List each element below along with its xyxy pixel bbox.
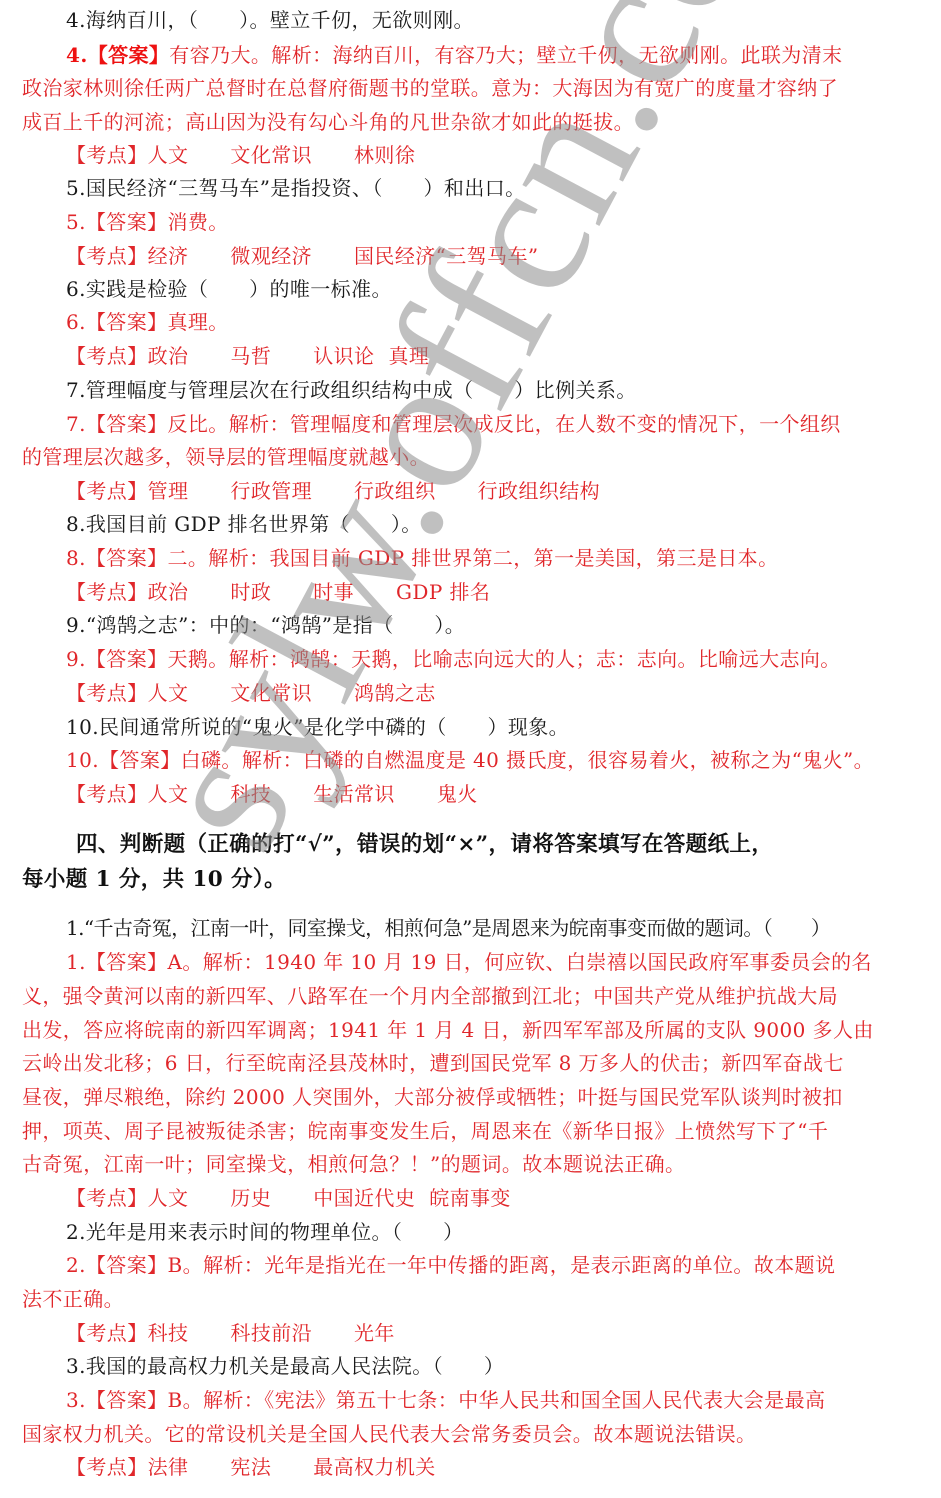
answer-number: 6. xyxy=(66,310,86,334)
kaodian-item: 鸿鹄之志 xyxy=(354,681,436,705)
answer-number: 7. xyxy=(66,412,86,436)
kaodian-item: 行政管理 xyxy=(230,479,312,503)
kaodian-item: 科技前沿 xyxy=(230,1321,312,1345)
answer-text: 消费。 xyxy=(168,210,229,234)
kaodian-10: 【考点】人文科技生活常识鬼火 xyxy=(0,777,941,811)
answer-number: 10. xyxy=(66,748,99,772)
kaodian-tag: 【考点】 xyxy=(66,339,148,373)
answer-text: B。解析：《宪法》第五十七条：中华人民共和国全国人民代表大会是最高 xyxy=(168,1388,826,1412)
kaodian-item: 鬼火 xyxy=(437,782,478,806)
kaodian-item: 马哲 xyxy=(230,344,271,368)
kaodian-item: 皖南事变 xyxy=(429,1186,511,1210)
judge-answer-1-line-2: 义，强令黄河以南的新四军、八路军在一个月内全部撤到江北；中国共产党从维护抗战大局 xyxy=(0,979,941,1013)
kaodian-tag: 【考点】 xyxy=(66,138,148,172)
judge-question-2: 2.光年是用来表示时间的物理单位。（ ） xyxy=(0,1215,941,1249)
kaodian-item: 认识论 xyxy=(313,344,374,368)
answer-9-line-1: 9.【答案】天鹅。解析：鸿鹄：天鹅，比喻志向远大的人；志：志向。比喻远大志向。 xyxy=(0,642,941,676)
answer-tag: 【答案】 xyxy=(88,43,170,67)
judge-question-1: 1.“千古奇冤，江南一叶，同室操戈，相煎何急”是周恩来为皖南事变而做的题词。（ … xyxy=(0,911,941,945)
kaodian-item: 行政组织结构 xyxy=(478,479,600,503)
kaodian-item: 林则徐 xyxy=(354,143,415,167)
judge-kaodian-3: 【考点】法律宪法最高权力机关 xyxy=(0,1450,941,1484)
kaodian-item: 微观经济 xyxy=(230,244,312,268)
kaodian-8: 【考点】政治时政时事GDP 排名 xyxy=(0,575,941,609)
kaodian-item: 行政组织 xyxy=(354,479,436,503)
kaodian-7: 【考点】管理行政管理行政组织行政组织结构 xyxy=(0,474,941,508)
question-8: 8.我国目前 GDP 排名世界第（ ）。 xyxy=(0,507,941,541)
kaodian-item: 宪法 xyxy=(230,1455,271,1479)
kaodian-item: 政治 xyxy=(148,344,189,368)
kaodian-item: 政治 xyxy=(148,580,189,604)
answer-7-line-1: 7.【答案】反比。解析：管理幅度和管理层次成反比，在人数不变的情况下，一个组织 xyxy=(0,407,941,441)
kaodian-item: 科技 xyxy=(148,1321,189,1345)
answer-tag: 【答案】 xyxy=(86,546,168,570)
answer-7-line-2: 的管理层次越多，领导层的管理幅度就越小。 xyxy=(0,440,941,474)
answer-4-line-1: 4.【答案】有容乃大。解析：海纳百川，有容乃大；壁立千仞，无欲则刚。此联为清末 xyxy=(0,38,941,72)
kaodian-item: 最高权力机关 xyxy=(313,1455,435,1479)
answer-text: A。解析：1940 年 10 月 19 日，何应钦、白崇禧以国民政府军事委员会的… xyxy=(168,950,872,974)
answer-text: 反比。解析：管理幅度和管理层次成反比，在人数不变的情况下，一个组织 xyxy=(168,412,841,436)
answer-number: 2. xyxy=(66,1253,86,1277)
kaodian-tag: 【考点】 xyxy=(66,1450,148,1484)
answer-tag: 【答案】 xyxy=(86,950,168,974)
judge-answer-1-line-6: 押，项英、周子昆被叛徒杀害；皖南事变发生后，周恩来在《新华日报》上愤然写下了“千 xyxy=(0,1114,941,1148)
kaodian-item: 文化常识 xyxy=(230,681,312,705)
answer-tag: 【答案】 xyxy=(86,1253,168,1277)
answer-tag: 【答案】 xyxy=(86,1388,168,1412)
kaodian-9: 【考点】人文文化常识鸿鹄之志 xyxy=(0,676,941,710)
answer-4-line-3: 成百上千的河流；高山因为没有勾心斗角的凡世杂欲才如此的挺拔。 xyxy=(0,105,941,139)
kaodian-item: 历史 xyxy=(230,1186,271,1210)
judge-answer-3-line-2: 国家权力机关。它的常设机关是全国人民代表大会常务委员会。故本题说法错误。 xyxy=(0,1417,941,1451)
kaodian-item: 文化常识 xyxy=(230,143,312,167)
judge-answer-1-line-5: 昼夜，弹尽粮绝，除约 2000 人突围外，大部分被俘或牺牲；叶挺与国民党军队谈判… xyxy=(0,1080,941,1114)
section-heading-line-2: 每小题 1 分，共 10 分）。 xyxy=(0,863,941,897)
judge-answer-1-line-1: 1.【答案】A。解析：1940 年 10 月 19 日，何应钦、白崇禧以国民政府… xyxy=(0,945,941,979)
answer-text: 白磷。解析：白磷的自燃温度是 40 摄氏度，很容易着火，被称之为“鬼火”。 xyxy=(181,748,874,772)
answer-text: 真理。 xyxy=(168,310,229,334)
judge-kaodian-2: 【考点】科技科技前沿光年 xyxy=(0,1316,941,1350)
kaodian-tag: 【考点】 xyxy=(66,777,148,811)
answer-number: 4. xyxy=(66,43,88,67)
kaodian-5: 【考点】经济微观经济国民经济“三驾马车” xyxy=(0,239,941,273)
answer-tag: 【答案】 xyxy=(86,412,168,436)
kaodian-item: 人文 xyxy=(148,143,189,167)
answer-4-line-2: 政治家林则徐任两广总督时在总督府衙题书的堂联。意为：大海因为有宽广的度量才容纳了 xyxy=(0,71,941,105)
answer-tag: 【答案】 xyxy=(86,647,168,671)
question-7: 7.管理幅度与管理层次在行政组织结构中成（ ）比例关系。 xyxy=(0,373,941,407)
judge-answer-3-line-1: 3.【答案】B。解析：《宪法》第五十七条：中华人民共和国全国人民代表大会是最高 xyxy=(0,1383,941,1417)
kaodian-item: 法律 xyxy=(148,1455,189,1479)
question-4: 4.海纳百川，（ ）。壁立千仞，无欲则刚。 xyxy=(0,3,941,37)
kaodian-item: 人文 xyxy=(148,681,189,705)
kaodian-tag: 【考点】 xyxy=(66,1316,148,1350)
answer-tag: 【答案】 xyxy=(99,748,181,772)
kaodian-4: 【考点】人文文化常识林则徐 xyxy=(0,138,941,172)
kaodian-tag: 【考点】 xyxy=(66,575,148,609)
kaodian-item: 中国近代史 xyxy=(313,1186,415,1210)
judge-answer-1-line-3: 出发，答应将皖南的新四军调离；1941 年 1 月 4 日，新四军军部及所属的支… xyxy=(0,1013,941,1047)
answer-text: B。解析：光年是指光在一年中传播的距离，是表示距离的单位。故本题说 xyxy=(168,1253,836,1277)
kaodian-item: 真理 xyxy=(388,344,429,368)
kaodian-item: 人文 xyxy=(148,1186,189,1210)
answer-text: 二。解析：我国目前 GDP 排世界第二，第一是美国，第三是日本。 xyxy=(168,546,779,570)
answer-text: 天鹅。解析：鸿鹄：天鹅，比喻志向远大的人；志：志向。比喻远大志向。 xyxy=(168,647,841,671)
judge-kaodian-1: 【考点】人文历史中国近代史皖南事变 xyxy=(0,1181,941,1215)
kaodian-item: 时事 xyxy=(313,580,354,604)
document-page: 4.海纳百川，（ ）。壁立千仞，无欲则刚。 4.【答案】有容乃大。解析：海纳百川… xyxy=(0,0,941,1498)
answer-8-line-1: 8.【答案】二。解析：我国目前 GDP 排世界第二，第一是美国，第三是日本。 xyxy=(0,541,941,575)
judge-answer-1-line-7: 古奇冤，江南一叶；同室操戈，相煎何急？！”的题词。故本题说法正确。 xyxy=(0,1147,941,1181)
section-heading-line-1: 四、判断题（正确的打“√”，错误的划“×”，请将答案填写在答题纸上， xyxy=(0,828,941,862)
answer-6-line-1: 6.【答案】真理。 xyxy=(0,305,941,339)
judge-question-3: 3.我国的最高权力机关是最高人民法院。（ ） xyxy=(0,1349,941,1383)
kaodian-item: 人文 xyxy=(148,782,189,806)
answer-tag: 【答案】 xyxy=(86,310,168,334)
question-9: 9.“鸿鹄之志”：中的：“鸿鹄”是指（ ）。 xyxy=(0,608,941,642)
answer-number: 5. xyxy=(66,210,86,234)
answer-number: 1. xyxy=(66,950,86,974)
question-10: 10.民间通常所说的“鬼火”是化学中磷的（ ）现象。 xyxy=(0,710,941,744)
kaodian-item: 光年 xyxy=(354,1321,395,1345)
question-6: 6.实践是检验（ ）的唯一标准。 xyxy=(0,272,941,306)
kaodian-6: 【考点】政治马哲认识论真理 xyxy=(0,339,941,373)
judge-answer-2-line-1: 2.【答案】B。解析：光年是指光在一年中传播的距离，是表示距离的单位。故本题说 xyxy=(0,1248,941,1282)
answer-number: 3. xyxy=(66,1388,86,1412)
answer-number: 8. xyxy=(66,546,86,570)
kaodian-tag: 【考点】 xyxy=(66,1181,148,1215)
kaodian-item: GDP 排名 xyxy=(396,580,490,604)
answer-number: 9. xyxy=(66,647,86,671)
judge-answer-2-line-2: 法不正确。 xyxy=(0,1282,941,1316)
answer-tag: 【答案】 xyxy=(86,210,168,234)
judge-answer-1-line-4: 云岭出发北移；6 日，行至皖南泾县茂林时，遭到国民党军 8 万多人的伏击；新四军… xyxy=(0,1046,941,1080)
kaodian-tag: 【考点】 xyxy=(66,239,148,273)
answer-10-line-1: 10.【答案】白磷。解析：白磷的自燃温度是 40 摄氏度，很容易着火，被称之为“… xyxy=(0,743,941,777)
answer-text: 有容乃大。解析：海纳百川，有容乃大；壁立千仞，无欲则刚。此联为清末 xyxy=(169,43,842,67)
kaodian-item: 国民经济“三驾马车” xyxy=(354,244,538,268)
kaodian-tag: 【考点】 xyxy=(66,676,148,710)
kaodian-item: 经济 xyxy=(148,244,189,268)
kaodian-item: 管理 xyxy=(148,479,189,503)
question-5: 5.国民经济“三驾马车”是指投资、（ ）和出口。 xyxy=(0,171,941,205)
answer-5-line-1: 5.【答案】消费。 xyxy=(0,205,941,239)
kaodian-tag: 【考点】 xyxy=(66,474,148,508)
kaodian-item: 时政 xyxy=(230,580,271,604)
kaodian-item: 生活常识 xyxy=(313,782,395,806)
kaodian-item: 科技 xyxy=(230,782,271,806)
